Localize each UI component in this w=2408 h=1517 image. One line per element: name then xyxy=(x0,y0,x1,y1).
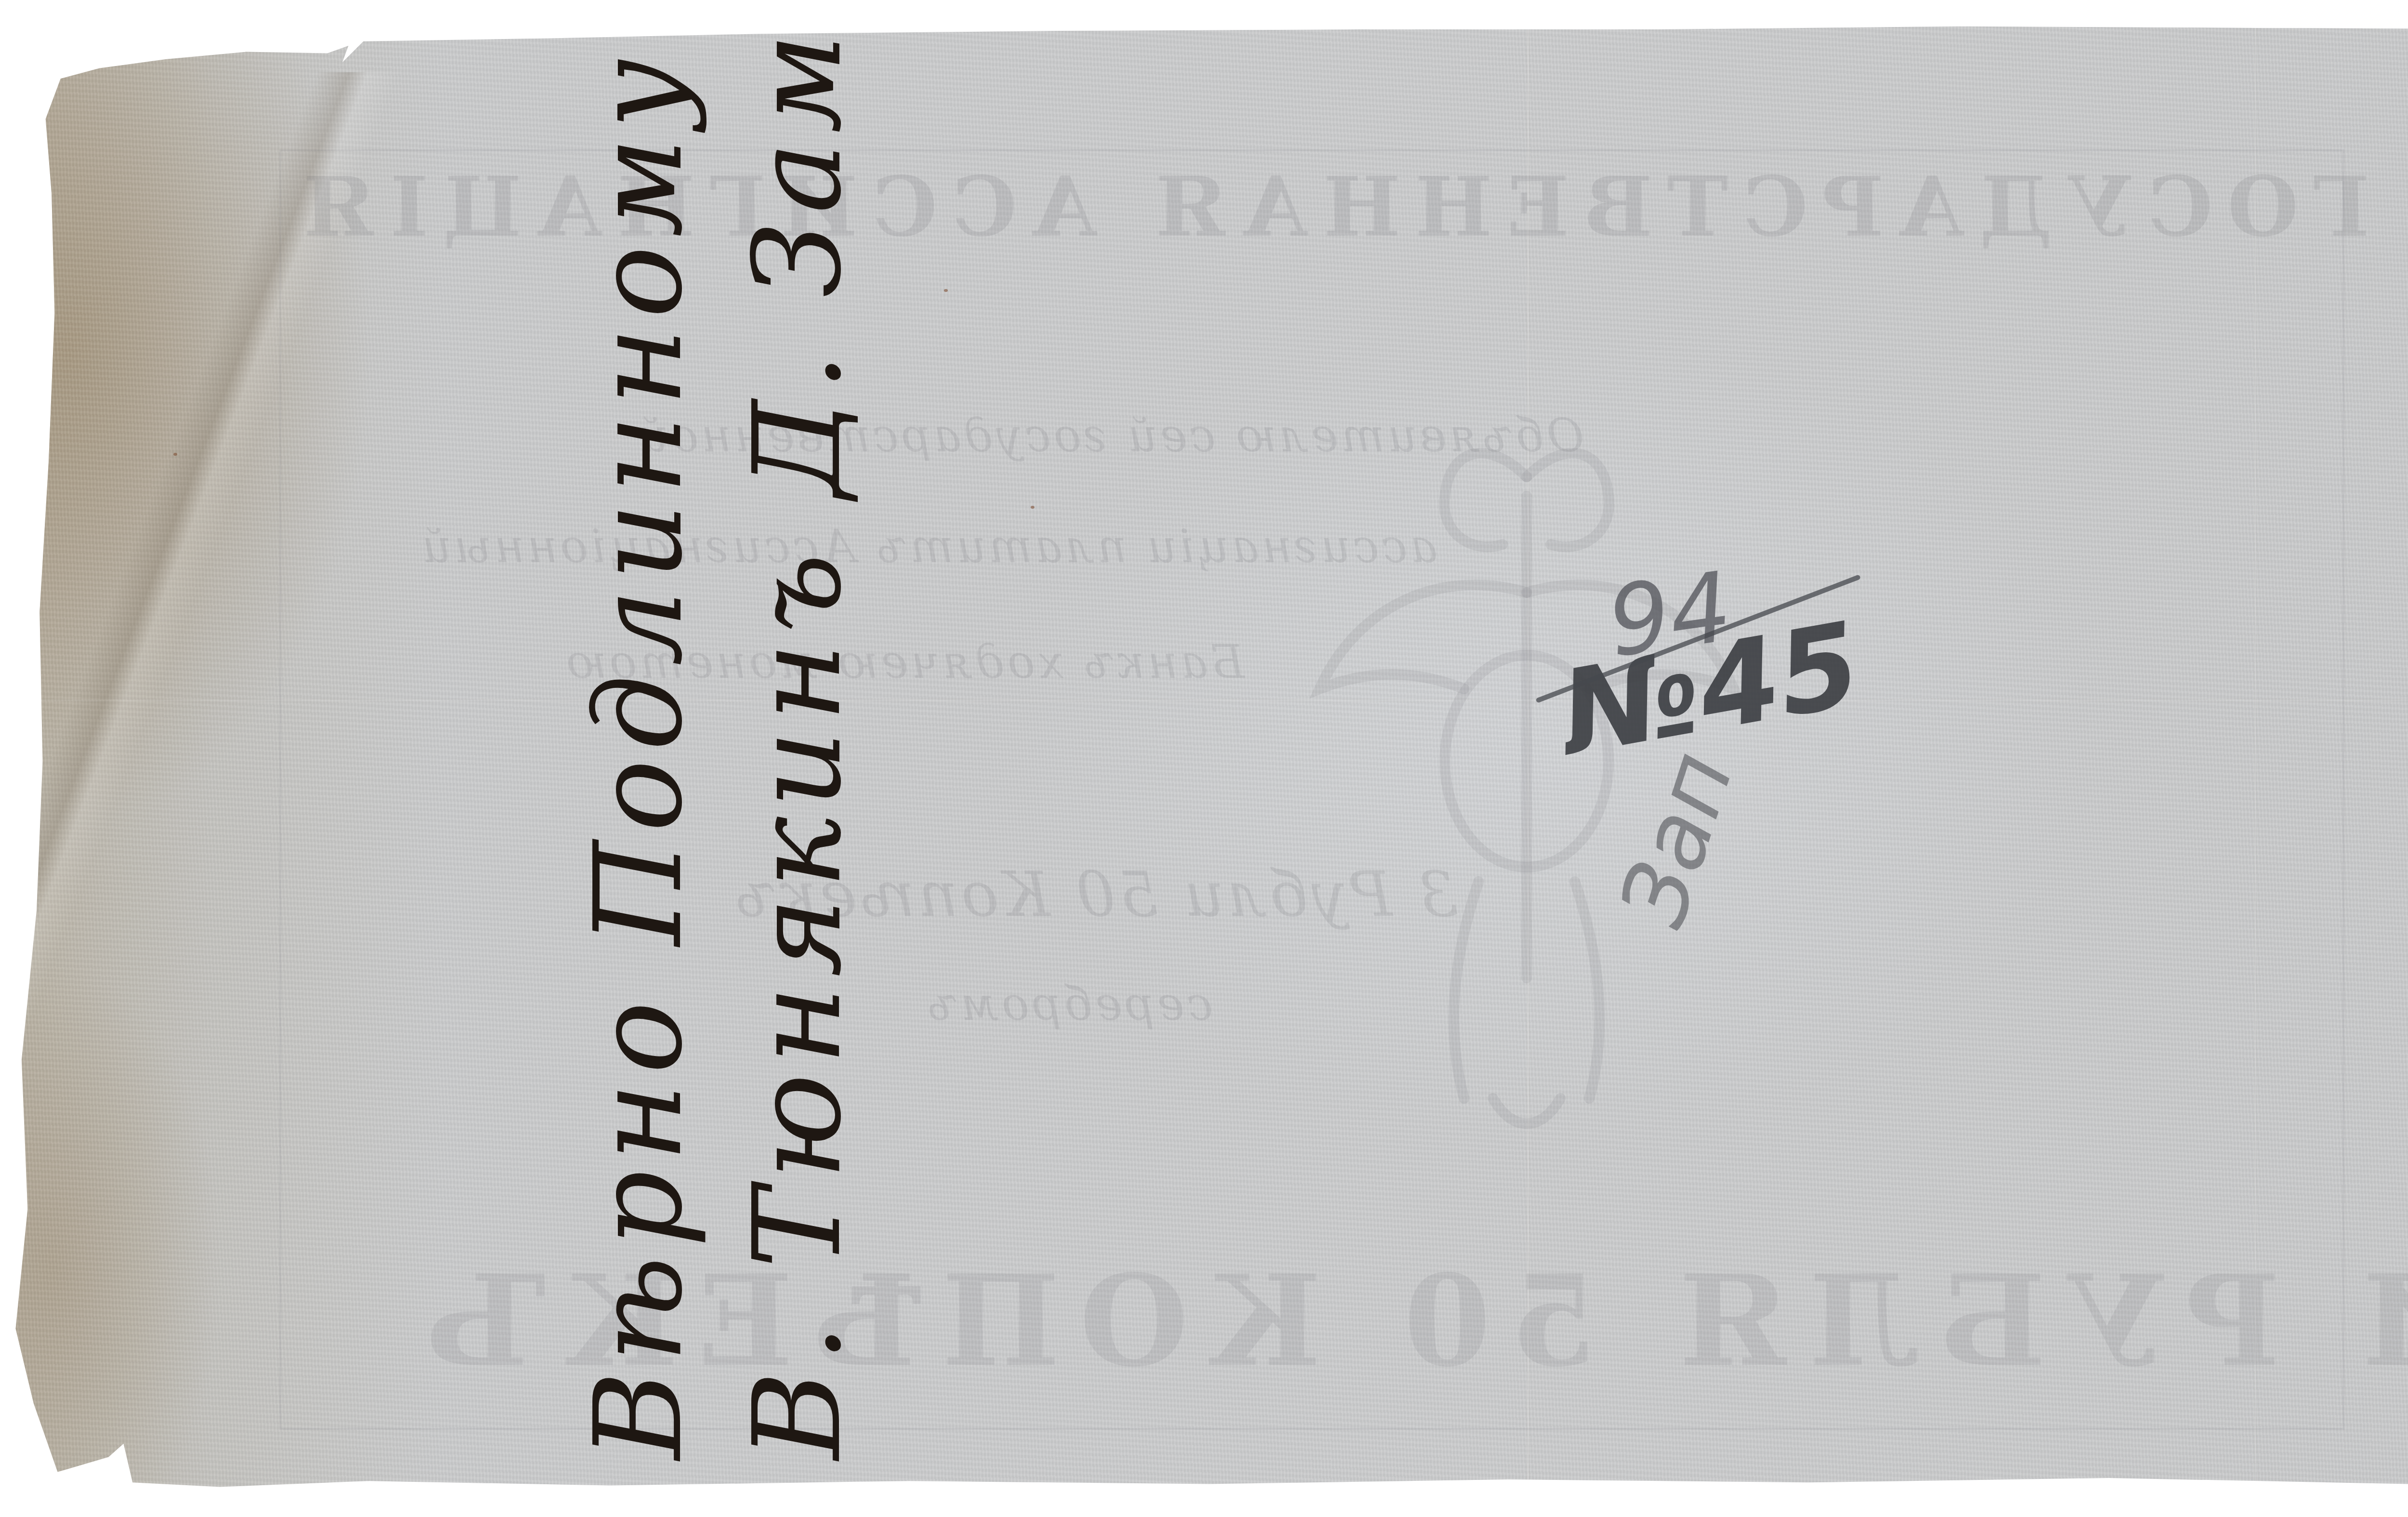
pencil-note-below: Зап xyxy=(1599,906,1773,1012)
foxing-spot xyxy=(1031,506,1034,509)
inscription-line: Вѣрно Подлинному xyxy=(568,50,708,1460)
horizontal-fold xyxy=(10,699,2408,702)
ink-inscription: Вѣрно Подлинному В. Тюнякинъ Д. Замятинъ xyxy=(535,159,901,1460)
foxing-spot xyxy=(944,289,948,292)
vertical-fold xyxy=(2254,14,2257,1508)
vertical-fold xyxy=(1527,14,1530,1508)
scan-stage: ГОСУДАРСТВЕННАЯ АССИГНАЦІЯ Объявителю се… xyxy=(0,0,2408,1517)
banknote-paper: ГОСУДАРСТВЕННАЯ АССИГНАЦІЯ Объявителю се… xyxy=(10,14,2408,1508)
foxing-spot xyxy=(173,453,177,456)
inscription-line: В. Тюнякинъ Д. Замятинъ xyxy=(727,0,867,1460)
